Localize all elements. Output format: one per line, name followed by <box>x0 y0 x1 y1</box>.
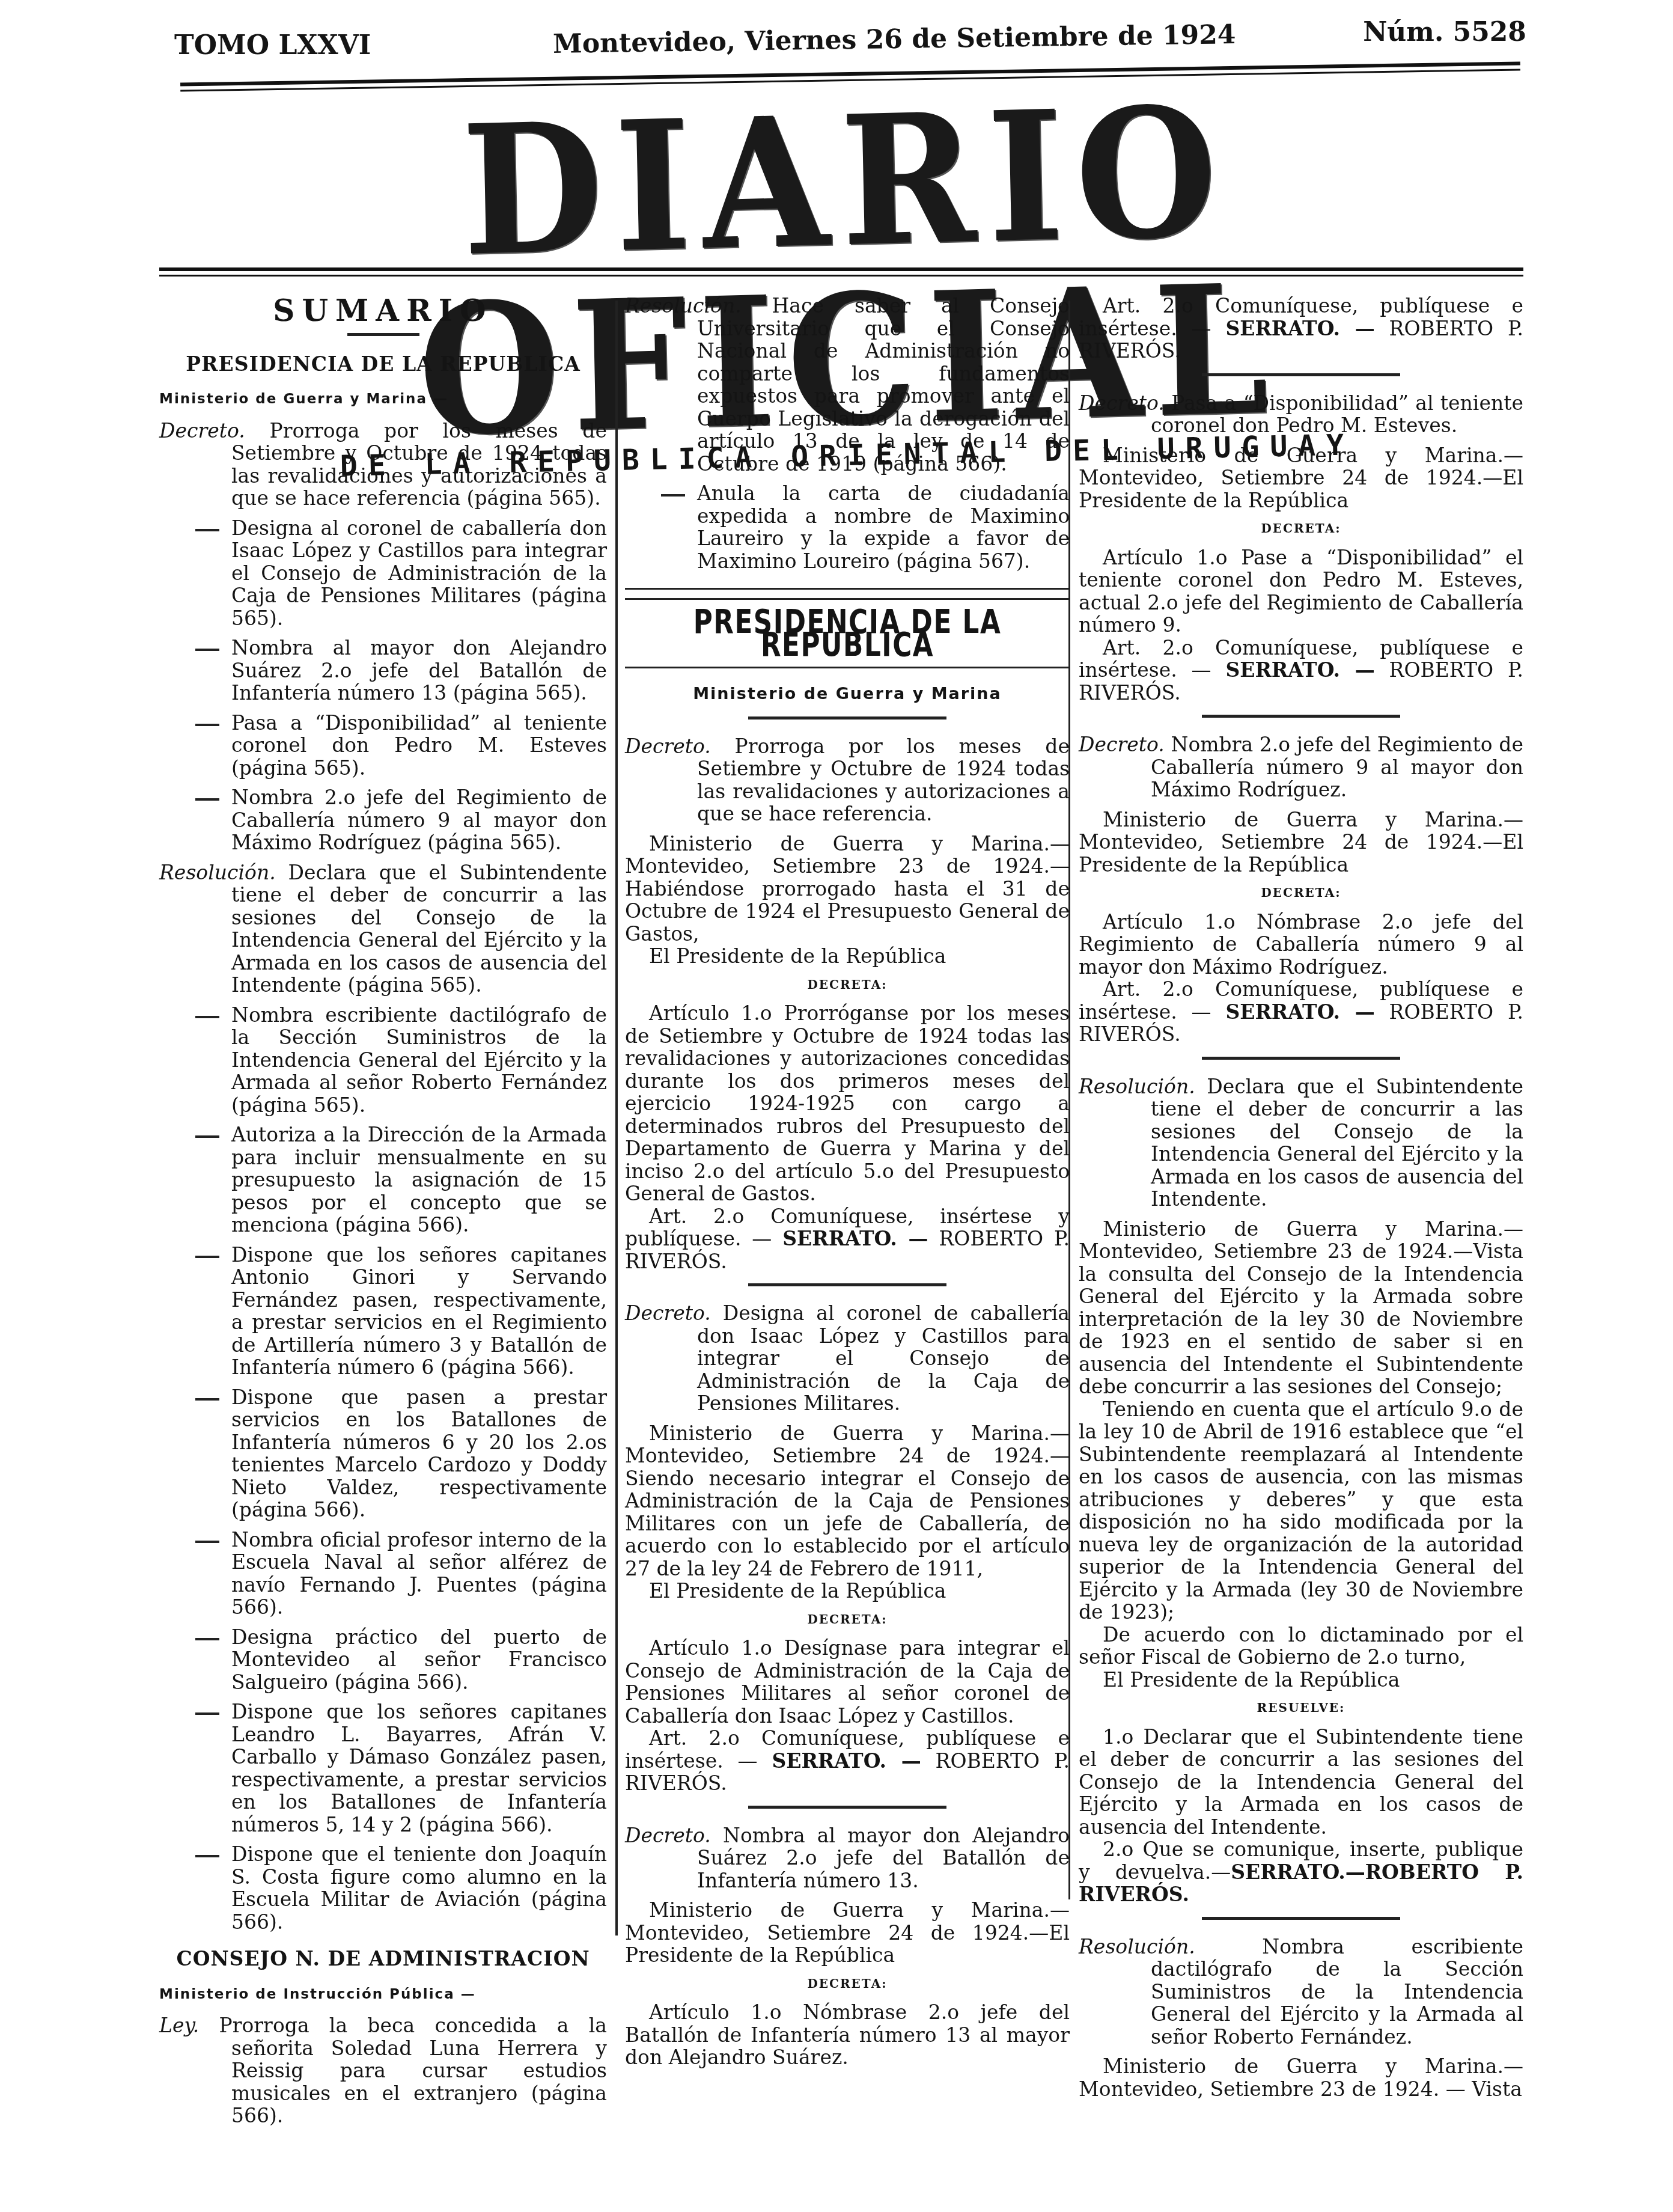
masthead-rule <box>159 267 1523 276</box>
divider <box>748 716 946 720</box>
resolution-summary: Resolución. Nombra escribiente dactilógr… <box>1079 1935 1523 2049</box>
divider <box>1202 1057 1400 1060</box>
resolution-president: El Presidente de la República <box>1079 1669 1523 1691</box>
decree-article: Artículo 1.o Pase a “Disponibilidad” el … <box>1079 546 1523 637</box>
summary-entry: Designa práctico del puerto de Montevide… <box>159 1626 607 1694</box>
decree-article: Artículo 1.o Desígnase para integrar el … <box>625 1637 1070 1727</box>
summary-entry: Pasa a “Disponibilidad” al teniente coro… <box>159 712 607 780</box>
decree-article: Artículo 1.o Prorróganse por los meses d… <box>625 1002 1070 1205</box>
summary-entry: Nombra escribiente dactilógrafo de la Se… <box>159 1004 607 1117</box>
divider <box>625 588 1070 592</box>
divider <box>1202 1917 1400 1920</box>
decreta-label: DECRETA: <box>1079 518 1523 540</box>
sumario-heading: SUMARIO <box>159 299 607 322</box>
decreta-label: DECRETA: <box>625 1973 1070 1996</box>
volume-number: TOMO LXXVI <box>174 30 371 61</box>
summary-entry: Autoriza a la Dirección de la Armada par… <box>159 1123 607 1236</box>
summary-entry: Dispone que los señores capitanes Antoni… <box>159 1244 607 1379</box>
decree-summary: Decreto. Nombra 2.o jefe del Regimiento … <box>1079 733 1523 801</box>
summary-entry: Anula la carta de ciudadanía expedida a … <box>625 482 1070 572</box>
resolution-summary: Resolución. Declara que el Subintendente… <box>1079 1075 1523 1211</box>
divider <box>347 333 419 336</box>
ministry-heading: Ministerio de Guerra y Marina <box>625 683 1070 706</box>
divider <box>748 1806 946 1809</box>
resolution-considering: Teniendo en cuenta que el artículo 9.o d… <box>1079 1398 1523 1624</box>
summary-entry: Resolución. Hace saber al Consejo Univer… <box>625 295 1070 475</box>
issue-date: Montevideo, Viernes 26 de Setiembre de 1… <box>553 19 1236 60</box>
decreta-label: DECRETA: <box>625 1609 1070 1631</box>
decree-summary: Decreto. Prorroga por los meses de Setie… <box>625 735 1070 825</box>
decree-article: Artículo 1.o Nómbrase 2.o jefe del Batal… <box>625 2001 1070 2069</box>
decree-president: El Presidente de la República <box>625 1580 1070 1602</box>
summary-entry: Ley. Prorroga la beca concedida a la señ… <box>159 2014 607 2127</box>
decree-preamble: Ministerio de Guerra y Marina.—Montevide… <box>1079 808 1523 876</box>
divider <box>1202 373 1400 376</box>
decree-article: Art. 2.o Comuníquese, insértese y publíq… <box>625 1205 1070 1273</box>
decree-article: Artículo 1.o Nómbrase 2.o jefe del Regim… <box>1079 911 1523 979</box>
decree-article: Art. 2.o Comuníquese, publíquese e insér… <box>1079 295 1523 362</box>
decree-summary: Decreto. Designa al coronel de caballerí… <box>625 1302 1070 1415</box>
summary-entry: Resolución. Declara que el Subintendente… <box>159 861 607 997</box>
divider <box>1202 715 1400 718</box>
decree-article: Art. 2.o Comuníquese, publíquese e insér… <box>1079 637 1523 704</box>
decree-summary: Decreto. Pasa a “Disponibilidad” al teni… <box>1079 392 1523 437</box>
decreta-label: DECRETA: <box>625 974 1070 997</box>
page-header-line: TOMO LXXVI Montevideo, Viernes 26 de Set… <box>168 24 1526 60</box>
decree-preamble: Ministerio de Guerra y Marina.—Montevide… <box>1079 444 1523 512</box>
summary-entry: Nombra al mayor don Alejandro Suárez 2.o… <box>159 637 607 704</box>
section-heading: PRESIDENCIA DE LA REPUBLICA <box>159 353 607 376</box>
summary-entry: Nombra 2.o jefe del Regimiento de Caball… <box>159 786 607 854</box>
resuelve-label: RESUELVE: <box>1079 1697 1523 1720</box>
divider <box>748 1283 946 1286</box>
summary-entry: Decreto. Prorroga por los meses de Setie… <box>159 420 607 510</box>
issue-number: Núm. 5528 <box>1363 17 1526 47</box>
resolution-point: 1.o Declarar que el Subintendente tiene … <box>1079 1726 1523 1839</box>
ministry-heading: Ministerio de Instrucción Pública — <box>159 1984 607 2006</box>
decree-summary: Decreto. Nombra al mayor don Alejandro S… <box>625 1824 1070 1892</box>
decree-preamble: Ministerio de Guerra y Marina.—Montevide… <box>625 833 1070 946</box>
summary-entry: Dispone que los señores capitanes Leandr… <box>159 1700 607 1836</box>
resolution-agreement: De acuerdo con lo dictaminado por el señ… <box>1079 1624 1523 1669</box>
summary-entry: Dispone que pasen a prestar servicios en… <box>159 1386 607 1521</box>
column-sumario: SUMARIO PRESIDENCIA DE LA REPUBLICA Mini… <box>159 295 607 2134</box>
resolution-preamble: Ministerio de Guerra y Marina.—Montevide… <box>1079 1218 1523 1398</box>
decree-article: Art. 2.o Comuníquese, publíquese e insér… <box>1079 978 1523 1046</box>
section-banner: PRESIDENCIA DE LA REPUBLICA <box>625 598 1070 668</box>
decreta-label: DECRETA: <box>1079 882 1523 905</box>
summary-entry: Designa al coronel de caballería don Isa… <box>159 517 607 630</box>
summary-entry: Nombra oficial profesor interno de la Es… <box>159 1529 607 1619</box>
decree-preamble: Ministerio de Guerra y Marina.—Montevide… <box>625 1899 1070 1967</box>
resolution-point: 2.o Que se comunique, inserte, publique … <box>1079 1838 1523 1906</box>
column-right: Art. 2.o Comuníquese, publíquese e insér… <box>1079 295 1523 2100</box>
decree-president: El Presidente de la República <box>625 945 1070 968</box>
section-heading: CONSEJO N. DE ADMINISTRACION <box>159 1948 607 1970</box>
summary-entry: Dispone que el teniente don Joaquín S. C… <box>159 1843 607 1933</box>
decree-preamble: Ministerio de Guerra y Marina.—Montevide… <box>625 1422 1070 1580</box>
column-middle: Resolución. Hace saber al Consejo Univer… <box>625 295 1070 2069</box>
banner-title: PRESIDENCIA DE LA REPUBLICA <box>674 611 1020 656</box>
decree-article: Art. 2.o Comuníquese, publíquese e insér… <box>625 1727 1070 1795</box>
resolution-preamble: Ministerio de Guerra y Marina.—Montevide… <box>1079 2055 1523 2100</box>
column-divider <box>615 301 618 1935</box>
ministry-heading: Ministerio de Guerra y Marina — <box>159 388 607 411</box>
